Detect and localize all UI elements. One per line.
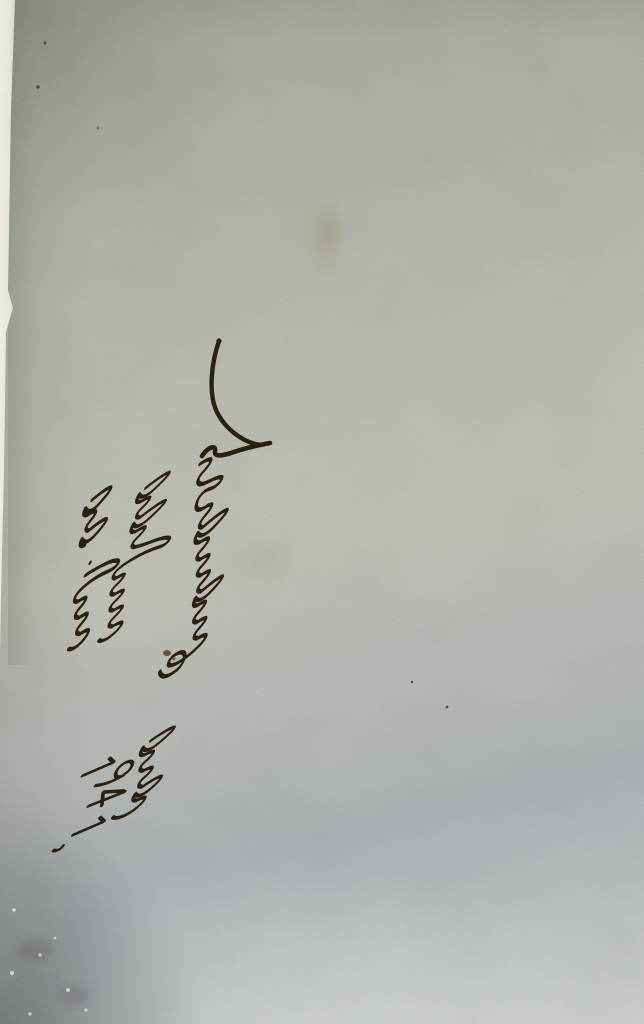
paper-speckle xyxy=(66,988,70,992)
paper-speckle xyxy=(85,1009,88,1012)
paper-speckle xyxy=(12,908,16,912)
dark-blotch xyxy=(17,938,53,962)
paper-speckle xyxy=(10,971,14,975)
photo-of-inscribed-paper xyxy=(0,0,644,1024)
paper-fleck xyxy=(36,85,39,88)
paper-fleck xyxy=(44,42,47,45)
dark-blotch xyxy=(61,985,89,1005)
paper-speckle xyxy=(38,953,41,956)
paper-speckle xyxy=(28,1012,31,1015)
paper-fleck xyxy=(411,681,413,683)
paper-speckle xyxy=(54,937,57,940)
paper-fleck xyxy=(446,706,449,709)
paper-overlay-graphics xyxy=(0,0,644,1024)
